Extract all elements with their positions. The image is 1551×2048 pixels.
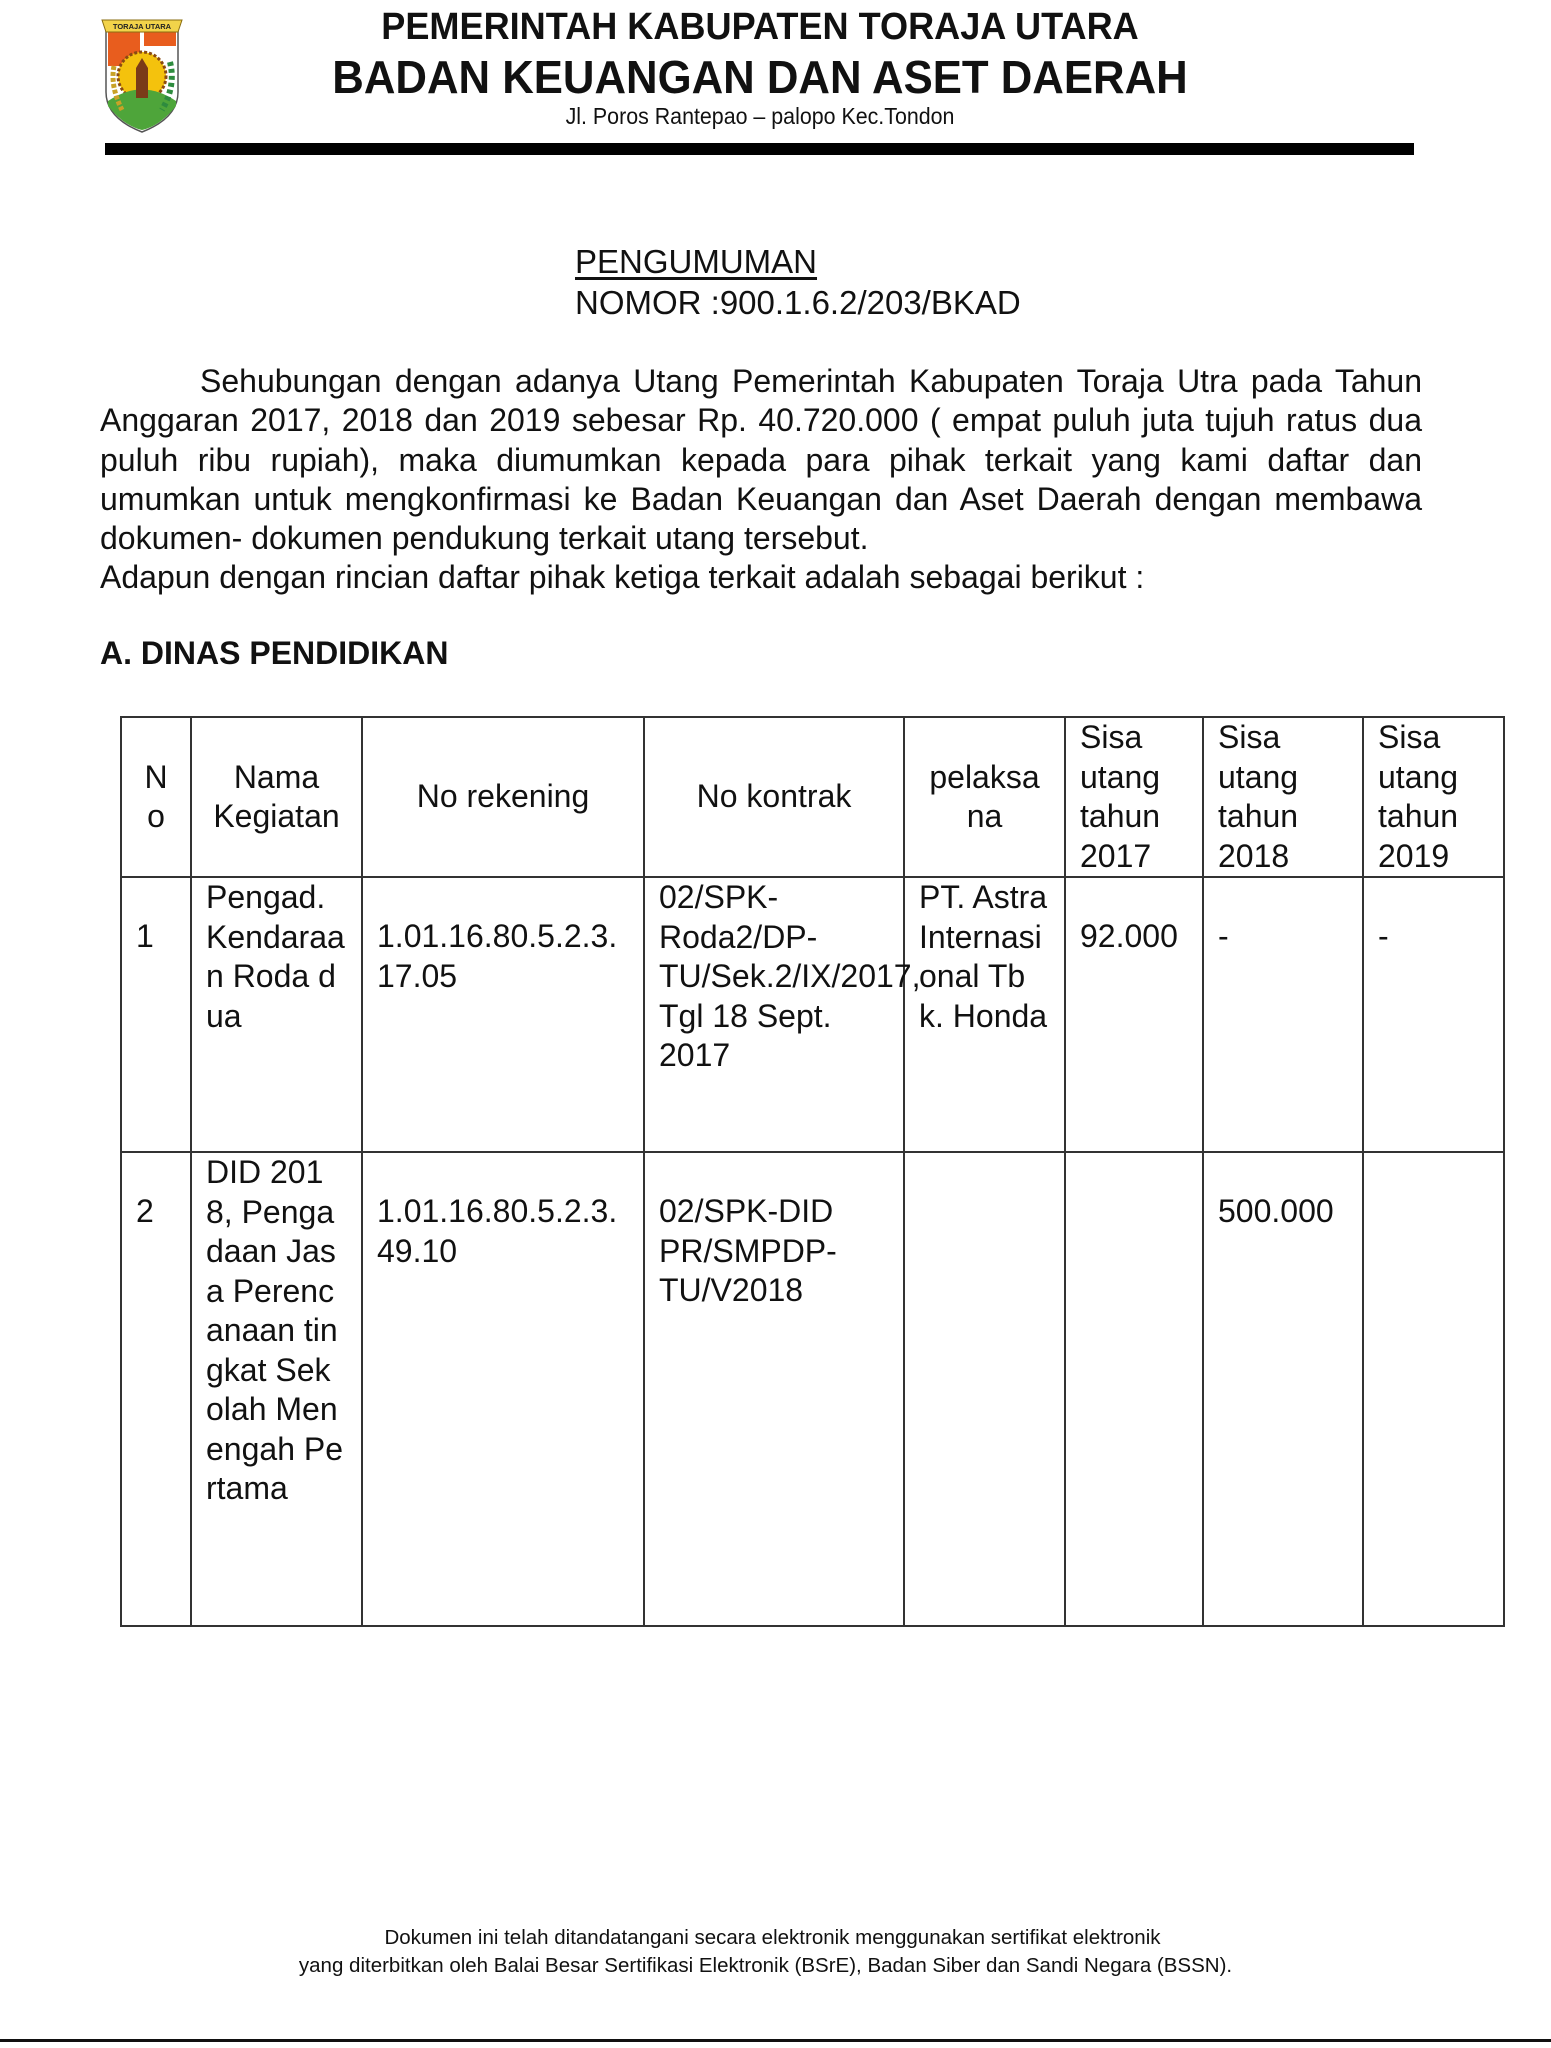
table-row: 2 DID 2018, Pengadaan Jasa Perencanaan t…: [121, 1152, 1504, 1626]
announcement-number: NOMOR :900.1.6.2/203/BKAD: [575, 284, 1021, 322]
col-header-sisa-2018: Sisa utang tahun 2018: [1203, 717, 1363, 877]
e-signature-note-line-1: Dokumen ini telah ditandatangani secara …: [0, 1926, 1548, 1950]
cell-no: 2: [121, 1152, 191, 1626]
cell-no-rekening: 1.01.16.80.5.2.3.49.10: [362, 1152, 644, 1626]
cell-nama-kegiatan: DID 2018, Pengadaan Jasa Perencanaan tin…: [191, 1152, 362, 1626]
cell-sisa-2018: -: [1203, 877, 1363, 1152]
col-header-no-kontrak: No kontrak: [644, 717, 904, 877]
cell-sisa-2017: [1065, 1152, 1203, 1626]
cell-no-rekening: 1.01.16.80.5.2.3.17.05: [362, 877, 644, 1152]
table-row: 1 Pengad. Kendaraan Roda dua 1.01.16.80.…: [121, 877, 1504, 1152]
announcement-title: PENGUMUMAN: [575, 243, 817, 281]
cell-no-kontrak: 02/SPK-Roda2/DP-TU/Sek.2/IX/2017, Tgl 18…: [644, 877, 904, 1152]
letterhead-agency-name: BADAN KEUANGAN DAN ASET DAERAH: [38, 50, 1482, 104]
letterhead-divider: [105, 143, 1414, 155]
col-header-sisa-2019: Sisa utang tahun 2019: [1363, 717, 1504, 877]
cell-no: 1: [121, 877, 191, 1152]
cell-pelaksana: [904, 1152, 1065, 1626]
cell-sisa-2018: 500.000: [1203, 1152, 1363, 1626]
announcement-body: Sehubungan dengan adanya Utang Pemerinta…: [100, 362, 1422, 598]
cell-sisa-2019: -: [1363, 877, 1504, 1152]
cell-sisa-2017: 92.000: [1065, 877, 1203, 1152]
col-header-no: N o: [121, 717, 191, 877]
cell-no-kontrak: 02/SPK-DID PR/SMPDP-TU/V2018: [644, 1152, 904, 1626]
col-header-no-rekening: No rekening: [362, 717, 644, 877]
body-paragraph-1: Sehubungan dengan adanya Utang Pemerinta…: [100, 362, 1422, 558]
letterhead-government-name: PEMERINTAH KABUPATEN TORAJA UTARA: [38, 6, 1482, 49]
col-header-pelaksana: pelaksa na: [904, 717, 1065, 877]
e-signature-note-line-2: yang diterbitkan oleh Balai Besar Sertif…: [0, 1954, 1541, 1978]
col-header-sisa-2017: Sisa utang tahun 2017: [1065, 717, 1203, 877]
table-header-row: N o Nama Kegiatan No rekening No kontrak…: [121, 717, 1504, 877]
cell-pelaksana: PT. Astra Internasional Tbk. Honda: [904, 877, 1065, 1152]
cell-nama-kegiatan: Pengad. Kendaraan Roda dua: [191, 877, 362, 1152]
cell-sisa-2019: [1363, 1152, 1504, 1626]
section-heading: A. DINAS PENDIDIKAN: [100, 635, 448, 672]
debt-table: N o Nama Kegiatan No rekening No kontrak…: [120, 716, 1505, 1627]
col-header-nama-kegiatan: Nama Kegiatan: [191, 717, 362, 877]
page-bottom-rule: [0, 2039, 1551, 2042]
letterhead-address: Jl. Poros Rantepao – palopo Kec.Tondon: [53, 103, 1467, 130]
body-paragraph-2: Adapun dengan rincian daftar pihak ketig…: [100, 558, 1422, 597]
